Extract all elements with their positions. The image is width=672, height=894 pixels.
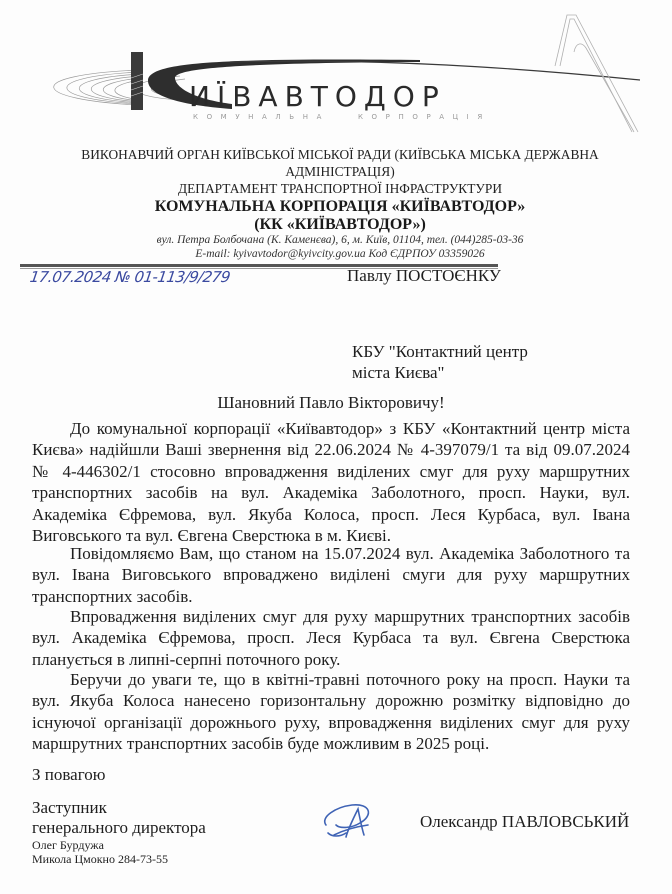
body-paragraph-3: Впровадження виділених смуг для руху мар…	[32, 606, 630, 670]
signatory-title-line-1: Заступник	[32, 798, 107, 818]
greeting: Шановний Павло Вікторовичу!	[0, 393, 672, 413]
paragraph-text: До комунальної корпорації «Київавтодор» …	[32, 418, 630, 546]
executor-1: Олег Бурдужа	[32, 838, 104, 853]
handwritten-signature-icon	[318, 795, 378, 845]
recipient-line-2: міста Києва"	[352, 362, 528, 383]
logo-subtitle-left: КОМУНАЛЬНА	[193, 113, 330, 121]
paragraph-text: Беручи до уваги те, що в квітні-травні п…	[32, 669, 630, 755]
logo-wordmark: ИЇВАВТОДОР	[189, 80, 446, 113]
paragraph-text: Повідомляємо Вам, що станом на 15.07.202…	[32, 543, 630, 607]
executor-2: Микола Цмокно 284-73-55	[32, 852, 168, 867]
recipient-block: КБУ "Контактний центр міста Києва"	[352, 341, 528, 383]
addressee: Павлу ПОСТОЄНКУ	[347, 266, 501, 286]
signatory-title-line-2: генерального директора	[32, 818, 206, 838]
paragraph-text: Впровадження виділених смуг для руху мар…	[32, 606, 630, 670]
body-paragraph-4: Беручи до уваги те, що в квітні-травні п…	[32, 669, 630, 755]
signatory-name: Олександр ПАВЛОВСЬКИЙ	[420, 812, 629, 832]
letterhead-company: КОМУНАЛЬНА КОРПОРАЦІЯ «КИЇВАВТОДОР»	[60, 197, 620, 216]
closing: З повагою	[32, 765, 105, 785]
handwritten-registration-number: 17.07.2024 № 01-113/9/279	[29, 268, 231, 286]
greeting-text: Шановний Павло Вікторовичу!	[217, 393, 444, 412]
body-paragraph-1: До комунальної корпорації «Київавтодор» …	[32, 418, 630, 546]
logo-subtitle-right: КОРПОРАЦІЯ	[358, 113, 491, 121]
letterhead-company-short: (КК «КИЇВАВТОДОР»)	[60, 215, 620, 234]
letter-page: ИЇВАВТОДОР КОМУНАЛЬНАКОРПОРАЦІЯ ВИКОНАВЧ…	[0, 0, 672, 894]
letterhead-authority: ВИКОНАВЧИЙ ОРГАН КИЇВСЬКОЇ МІСЬКОЇ РАДИ …	[60, 146, 620, 163]
letterhead-department: ДЕПАРТАМЕНТ ТРАНСПОРТНОЇ ІНФРАСТРУКТУРИ	[60, 180, 620, 197]
letterhead-address: вул. Петра Болбочана (К. Каменєва), 6, м…	[60, 233, 620, 247]
letterhead-authority-cont: АДМІНІСТРАЦІЯ)	[60, 163, 620, 180]
logo-subtitle: КОМУНАЛЬНАКОРПОРАЦІЯ	[193, 113, 491, 121]
recipient-line-1: КБУ "Контактний центр	[352, 341, 528, 362]
kyivavtodor-logo: ИЇВАВТОДОР КОМУНАЛЬНАКОРПОРАЦІЯ	[0, 0, 672, 140]
letterhead-contacts: E-mail: kyivavtodor@kyivcity.gov.ua Код …	[60, 247, 620, 261]
body-paragraph-2: Повідомляємо Вам, що станом на 15.07.202…	[32, 543, 630, 607]
